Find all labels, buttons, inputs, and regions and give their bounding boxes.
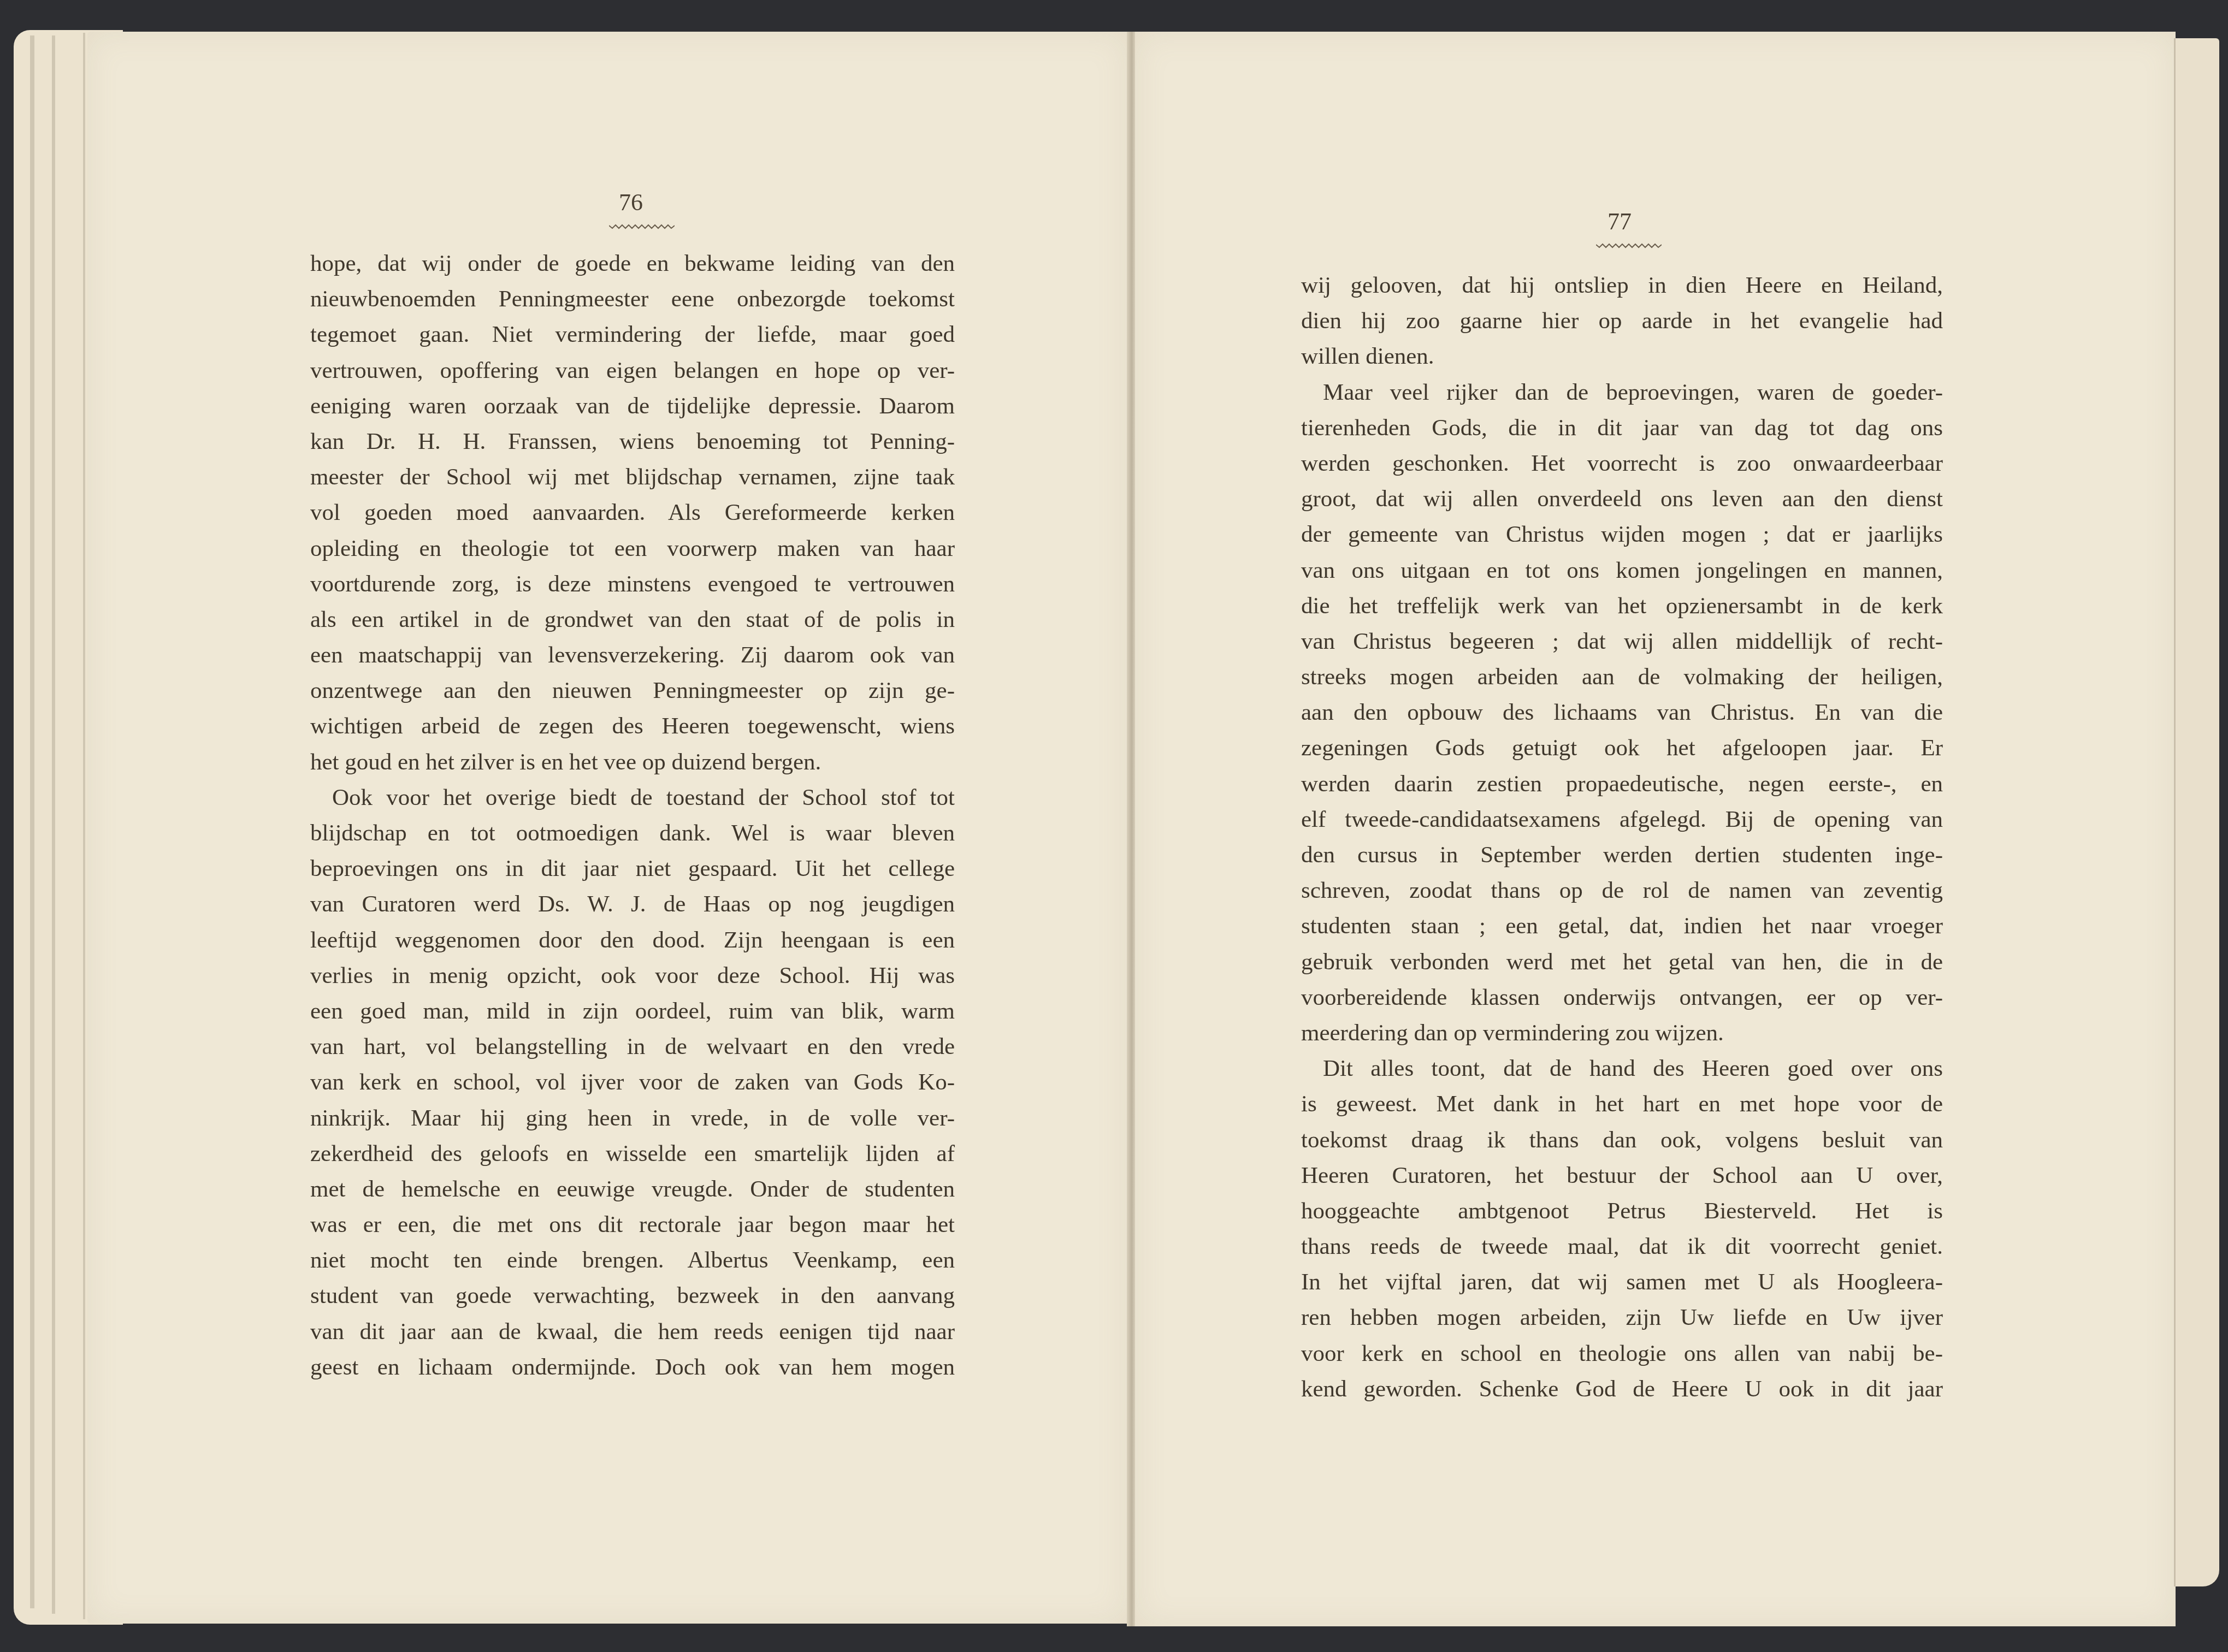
text-line: wichtigen arbeid de zegen des Heeren toe… — [310, 708, 955, 744]
text-line: nieuwbenoemden Penningmeester eene onbez… — [310, 281, 955, 317]
text-line: aan den opbouw des lichaams van Christus… — [1301, 695, 1943, 730]
wavy-rule-ornament — [609, 223, 675, 230]
text-line: meerdering dan op vermindering zou wijze… — [1301, 1015, 1943, 1051]
text-line: onzentwege aan den nieuwen Penningmeeste… — [310, 673, 955, 708]
text-line: beproevingen ons in dit jaar niet gespaa… — [310, 851, 955, 886]
text-line: leeftijd weggenomen door den dood. Zijn … — [310, 922, 955, 958]
text-line: toekomst draag ik thans dan ook, volgens… — [1301, 1122, 1943, 1158]
text-line: een maatschappij van levensverzekering. … — [310, 637, 955, 673]
text-line: van Christus begeeren ; dat wij allen mi… — [1301, 624, 1943, 659]
text-line: die het treffelijk werk van het opziener… — [1301, 588, 1943, 624]
text-line: wij gelooven, dat hij ontsliep in dien H… — [1301, 268, 1943, 303]
text-line: van ons uitgaan en tot ons komen jongeli… — [1301, 553, 1943, 588]
text-line: verlies in menig opzicht, ook voor deze … — [310, 958, 955, 993]
left-page-body-text: hope, dat wij onder de goede en bekwame … — [310, 246, 955, 1385]
text-line: zekerdheid des geloofs en wisselde een s… — [310, 1136, 955, 1171]
page-stack-right — [2174, 38, 2219, 1586]
text-line: tegemoet gaan. Niet vermindering der lie… — [310, 317, 955, 352]
text-line: meester der School wij met blijdschap ve… — [310, 459, 955, 495]
text-line: willen dienen. — [1301, 339, 1943, 374]
text-line: niet mocht ten einde brengen. Albertus V… — [310, 1242, 955, 1278]
text-line: Dit alles toont, dat de hand des Heeren … — [1301, 1051, 1943, 1086]
text-line: van hart, vol belangstelling in de welva… — [310, 1029, 955, 1064]
page-stack-edge-line — [83, 33, 85, 1619]
text-line: vol goeden moed aanvaarden. Als Gereform… — [310, 495, 955, 530]
page-stack-edge-line — [52, 35, 55, 1614]
text-line: ren hebben mogen arbeiden, zijn Uw liefd… — [1301, 1300, 1943, 1335]
text-line: streeks mogen arbeiden aan de volmaking … — [1301, 659, 1943, 695]
text-line: Ook voor het overige biedt de toestand d… — [310, 780, 955, 815]
page-number-right: 77 — [1565, 208, 1674, 235]
text-line: hooggeachte ambtgenoot Petrus Biestervel… — [1301, 1193, 1943, 1229]
text-line: kan Dr. H. H. Franssen, wiens benoeming … — [310, 424, 955, 459]
text-line: schreven, zoodat thans op de rol de name… — [1301, 873, 1943, 908]
text-line: ninkrijk. Maar hij ging heen in vrede, i… — [310, 1100, 955, 1136]
text-line: was er een, die met ons dit rectorale ja… — [310, 1207, 955, 1242]
text-line: is geweest. Met dank in het hart en met … — [1301, 1086, 1943, 1122]
text-line: het goud en het zilver is en het vee op … — [310, 744, 955, 780]
wavy-rule-ornament — [1596, 242, 1662, 250]
text-line: werden daarin zestien propaedeutische, n… — [1301, 766, 1943, 802]
text-line: van kerk en school, vol ijver voor de za… — [310, 1064, 955, 1100]
text-line: tierenheden Gods, die in dit jaar van da… — [1301, 410, 1943, 446]
text-line: eeniging waren oorzaak van de tijdelijke… — [310, 388, 955, 424]
text-line: met de hemelsche en eeuwige vreugde. Ond… — [310, 1171, 955, 1207]
page-stack-edge-line — [30, 35, 34, 1608]
text-line: thans reeds de tweede maal, dat ik dit v… — [1301, 1229, 1943, 1264]
text-line: van Curatoren werd Ds. W. J. de Haas op … — [310, 886, 955, 922]
text-line: van dit jaar aan de kwaal, die hem reeds… — [310, 1314, 955, 1349]
text-line: voortdurende zorg, is deze minstens even… — [310, 566, 955, 602]
text-line: den cursus in September werden dertien s… — [1301, 837, 1943, 873]
text-line: gebruik verbonden werd met het getal van… — [1301, 944, 1943, 980]
text-line: student van goede verwachting, bezweek i… — [310, 1278, 955, 1313]
text-line: voorbereidende klassen onderwijs ontvang… — [1301, 980, 1943, 1015]
text-line: In het vijftal jaren, dat wij samen met … — [1301, 1264, 1943, 1300]
text-line: vertrouwen, opoffering van eigen belange… — [310, 353, 955, 388]
page-number-left: 76 — [576, 188, 685, 216]
text-line: Maar veel rijker dan de beproevingen, wa… — [1301, 375, 1943, 410]
text-line: opleiding en theologie tot een voorwerp … — [310, 531, 955, 566]
text-line: als een artikel in de grondwet van den s… — [310, 602, 955, 637]
text-line: kend geworden. Schenke God de Heere U oo… — [1301, 1371, 1943, 1407]
text-line: dien hij zoo gaarne hier op aarde in het… — [1301, 303, 1943, 339]
text-line: Heeren Curatoren, het bestuur der School… — [1301, 1158, 1943, 1193]
text-line: werden geschonken. Het voorrecht is zoo … — [1301, 446, 1943, 481]
text-line: voor kerk en school en theologie ons all… — [1301, 1336, 1943, 1371]
text-line: geest en lichaam ondermijnde. Doch ook v… — [310, 1349, 955, 1385]
text-line: zegeningen Gods getuigt ook het afgeloop… — [1301, 730, 1943, 766]
text-line: der gemeente van Christus wijden mogen ;… — [1301, 517, 1943, 552]
text-line: groot, dat wij allen onverdeeld ons leve… — [1301, 481, 1943, 517]
text-line: een goed man, mild in zijn oordeel, ruim… — [310, 993, 955, 1029]
right-page-body-text: wij gelooven, dat hij ontsliep in dien H… — [1301, 268, 1943, 1407]
text-line: studenten staan ; een getal, dat, indien… — [1301, 908, 1943, 944]
text-line: hope, dat wij onder de goede en bekwame … — [310, 246, 955, 281]
text-line: elf tweede-candidaatsexamens afgelegd. B… — [1301, 802, 1943, 837]
text-line: blijdschap en tot ootmoedigen dank. Wel … — [310, 815, 955, 851]
